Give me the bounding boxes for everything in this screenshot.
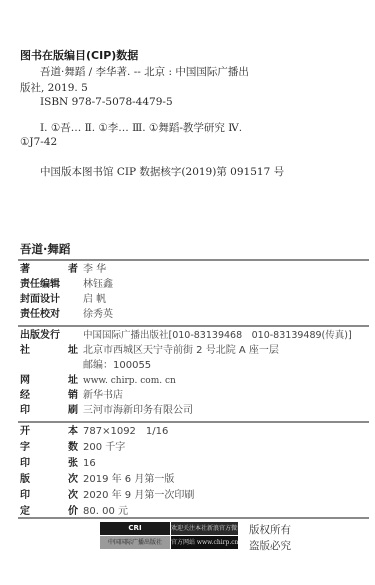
publisher-logo: CRI 欢迎关注本社新浪官方微博 中国国际广播出版社 官方网站 www.chir… [100,522,238,550]
credit-value: 李 华 [83,263,106,277]
piracy-notice: 盗版必究 [249,538,291,553]
publisher-website[interactable]: www. chirp. com. cn [83,374,176,388]
publisher-value: 三河市海新印务有限公司 [83,404,193,418]
credit-label: 责任校对 [20,308,78,322]
spec-label: 印 张 [20,457,78,471]
cip-classification-2: ①J7-42 [20,136,57,148]
publisher-value: 新华书店 [83,389,123,403]
spec-label: 开 本 [20,425,78,439]
spec-label: 字 数 [20,441,78,455]
spec-value: 200 千字 [83,441,125,455]
credit-label: 封面设计 [20,293,78,307]
credit-value: 启 帆 [83,293,106,307]
book-title: 吾道·舞蹈 [20,241,70,257]
spec-value: 2019 年 6 月第一版 [83,473,174,487]
cip-line-2: 版社, 2019. 5 [20,80,88,95]
spec-value: 787×1092 1/16 [83,425,168,439]
cip-line-1: 吾道·舞蹈 / 李华著. -- 北京 : 中国国际广播出 [40,64,249,79]
logo-website-text: 官方网站 www.chirp.cn [171,536,238,549]
credit-value: 徐秀英 [83,308,113,322]
publisher-value: 中国国际广播出版社[010-83139468 010-83139489(传真)] [83,329,352,343]
publisher-label: 印 刷 [20,404,78,418]
credit-value: 林钰鑫 [83,278,113,292]
spec-label: 版 次 [20,473,78,487]
cip-classification-1: Ⅰ. ①吾… Ⅱ. ①李… Ⅲ. ①舞蹈-教学研究 Ⅳ. [40,120,242,135]
publisher-label: 出版发行 [20,329,78,343]
publisher-value: 北京市西城区天宁寺前街 2 号北院 A 座一层 [83,344,279,358]
cip-record-number: 中国版本图书馆 CIP 数据核字(2019)第 091517 号 [40,164,284,179]
spec-value: 16 [83,457,96,471]
spec-value: 2020 年 9 月第一次印刷 [83,489,194,503]
cip-heading: 图书在版编目(CIP)数据 [20,47,138,63]
logo-publisher-name: 中国国际广播出版社 [100,536,170,549]
divider [18,421,369,423]
copyright-notice: 版权所有 [249,522,291,537]
divider [18,259,369,261]
cri-logo-icon: CRI [100,522,170,535]
publisher-label: 社 址 [20,344,78,358]
publisher-label: 网 址 [20,374,78,388]
publisher-label: 经 销 [20,389,78,403]
logo-follow-text: 欢迎关注本社新浪官方微博 [171,522,238,535]
cip-isbn: ISBN 978-7-5078-4479-5 [40,96,173,108]
divider [18,517,369,519]
spec-label: 印 次 [20,489,78,503]
publisher-value: 邮编：100055 [83,359,151,373]
divider [18,325,369,327]
credit-label: 责任编辑 [20,278,78,292]
credit-label: 著 者 [20,263,78,277]
